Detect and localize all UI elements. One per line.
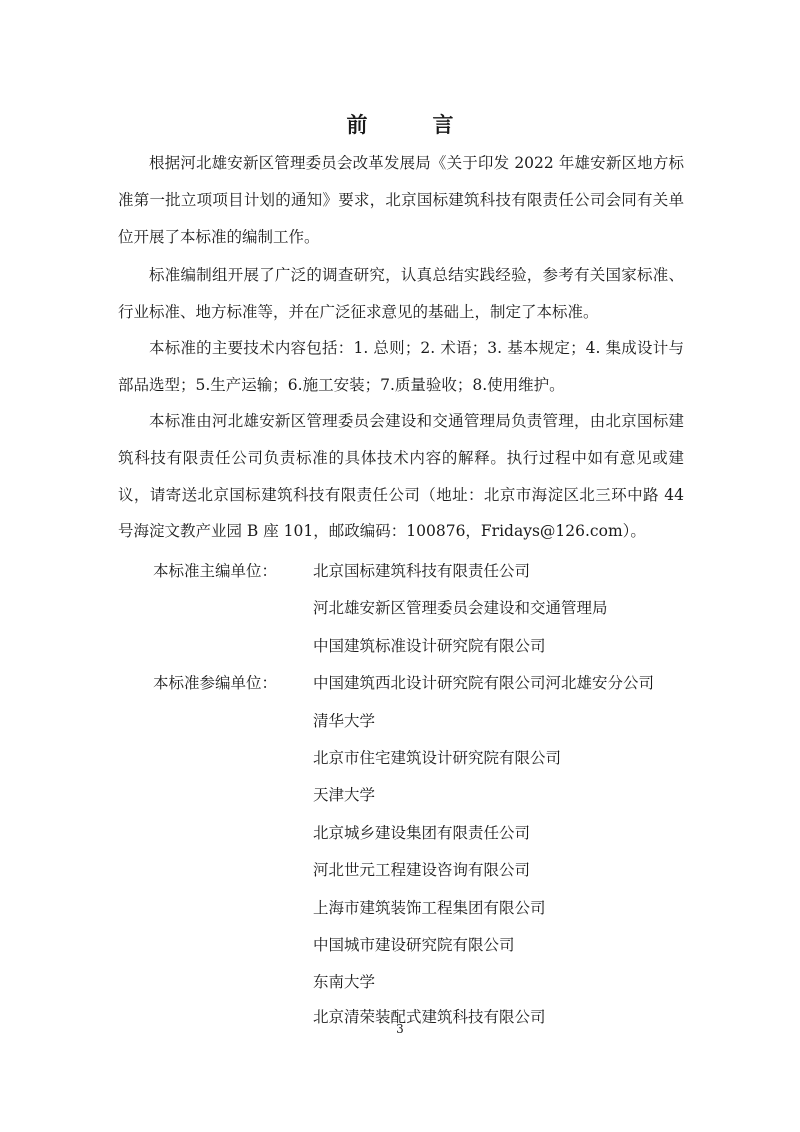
document-page: 前 言 根据河北雄安新区管理委员会改革发展局《关于印发 2022 年雄安新区地方…	[0, 0, 800, 1132]
unit-value: 北京国标建筑科技有限责任公司	[313, 553, 713, 590]
unit-row: 清华大学	[153, 703, 713, 740]
unit-row: 上海市建筑装饰工程集团有限公司	[153, 890, 713, 927]
page-number: 3	[0, 1021, 800, 1037]
paragraph-management: 本标准由河北雄安新区管理委员会建设和交通管理局负责管理，由北京国标建筑科技有限责…	[118, 403, 684, 550]
unit-row: 中国建筑标准设计研究院有限公司	[153, 628, 713, 665]
unit-value: 天津大学	[313, 777, 713, 814]
unit-value: 上海市建筑装饰工程集团有限公司	[313, 890, 713, 927]
unit-row: 东南大学	[153, 964, 713, 1001]
unit-row: 天津大学	[153, 777, 713, 814]
unit-value: 中国建筑标准设计研究院有限公司	[313, 628, 713, 665]
unit-value: 河北世元工程建设咨询有限公司	[313, 852, 713, 889]
unit-row: 北京城乡建设集团有限责任公司	[153, 815, 713, 852]
unit-label	[153, 964, 313, 1001]
paragraph-contents: 本标准的主要技术内容包括：1. 总则；2. 术语；3. 基本规定；4. 集成设计…	[118, 330, 684, 404]
page-title: 前 言	[0, 110, 800, 140]
unit-row: 中国城市建设研究院有限公司	[153, 927, 713, 964]
unit-value: 清华大学	[313, 703, 713, 740]
unit-label	[153, 777, 313, 814]
unit-label	[153, 740, 313, 777]
unit-label	[153, 628, 313, 665]
unit-label	[153, 927, 313, 964]
unit-value: 河北雄安新区管理委员会建设和交通管理局	[313, 590, 713, 627]
unit-value: 中国城市建设研究院有限公司	[313, 927, 713, 964]
unit-value: 北京城乡建设集团有限责任公司	[313, 815, 713, 852]
unit-label	[153, 852, 313, 889]
paragraph-research: 标准编制组开展了广泛的调查研究，认真总结实践经验，参考有关国家标准、行业标准、地…	[118, 257, 684, 331]
unit-value: 北京市住宅建筑设计研究院有限公司	[313, 740, 713, 777]
unit-value: 东南大学	[313, 964, 713, 1001]
unit-value: 中国建筑西北设计研究院有限公司河北雄安分公司	[313, 665, 713, 702]
unit-row: 河北世元工程建设咨询有限公司	[153, 852, 713, 889]
unit-label	[153, 890, 313, 927]
unit-label: 本标准参编单位：	[153, 665, 313, 702]
unit-row: 北京市住宅建筑设计研究院有限公司	[153, 740, 713, 777]
drafting-units-list: 本标准主编单位： 北京国标建筑科技有限责任公司 河北雄安新区管理委员会建设和交通…	[153, 553, 713, 1032]
unit-row: 河北雄安新区管理委员会建设和交通管理局	[153, 590, 713, 627]
unit-row: 本标准主编单位： 北京国标建筑科技有限责任公司	[153, 553, 713, 590]
paragraph-background: 根据河北雄安新区管理委员会改革发展局《关于印发 2022 年雄安新区地方标准第一…	[118, 145, 684, 255]
unit-label	[153, 815, 313, 852]
unit-label: 本标准主编单位：	[153, 553, 313, 590]
unit-label	[153, 703, 313, 740]
unit-label	[153, 590, 313, 627]
unit-row: 本标准参编单位： 中国建筑西北设计研究院有限公司河北雄安分公司	[153, 665, 713, 702]
